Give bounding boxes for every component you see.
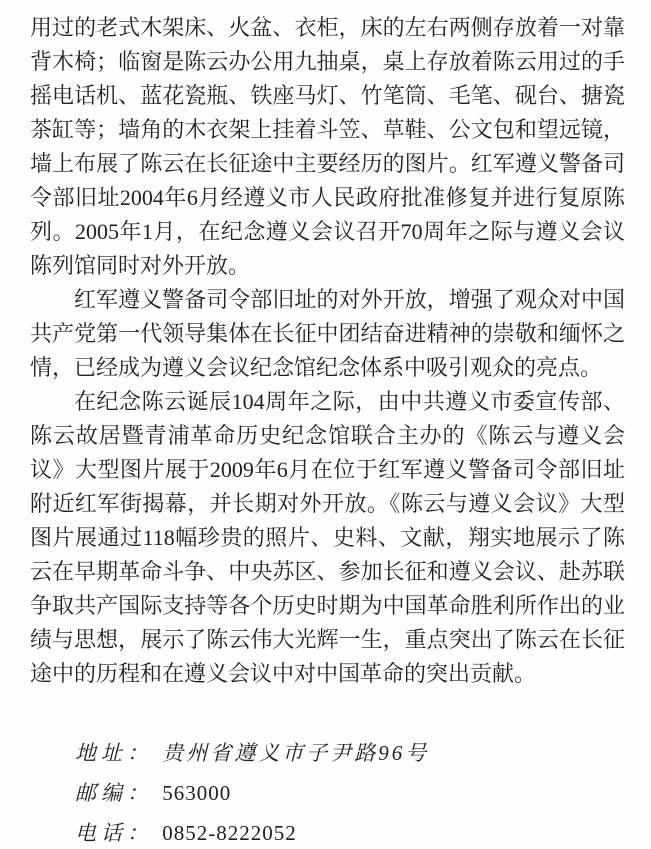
scanned-document-page: 用过的老式木架床、火盆、衣柜，床的左右两侧存放着一对靠 背木椅；临窗是陈云办公用… [0, 0, 651, 849]
text-line: 争取共产国际支持等各个历史时期为中国革命胜利所作出的业 [30, 589, 625, 623]
text-line: 用过的老式木架床、火盆、衣柜，床的左右两侧存放着一对靠 [30, 11, 625, 45]
text-line: 共产党第一代领导集体在长征中团结奋进精神的崇敬和缅怀之 [30, 317, 625, 351]
text-line: 云在早期革命斗争、中央苏区、参加长征和遵义会议、赴苏联 [30, 555, 625, 589]
text-line: 红军遵义警备司令部旧址的对外开放，增强了观众对中国 [30, 283, 625, 317]
phone-value: 0852-8222052 [162, 821, 297, 845]
text-line: 绩与思想，展示了陈云伟大光辉一生，重点突出了陈云在长征 [30, 623, 625, 657]
address-row: 地址： 贵州省遵义市子尹路96号 [75, 733, 625, 773]
text-line: 途中的历程和在遵义会议中对中国革命的突出贡献。 [30, 657, 625, 691]
body-text: 用过的老式木架床、火盆、衣柜，床的左右两侧存放着一对靠 背木椅；临窗是陈云办公用… [30, 11, 625, 691]
contact-block: 地址： 贵州省遵义市子尹路96号 邮编： 563000 电话： 0852-822… [30, 733, 625, 849]
text-line: 陈云故居暨青浦革命历史纪念馆联合主办的《陈云与遵义会 [30, 419, 625, 453]
postcode-label: 邮编： [75, 781, 153, 805]
postcode-row: 邮编： 563000 [75, 773, 625, 813]
text-line: 列。2005年1月，在纪念遵义会议召开70周年之际与遵义会议 [30, 215, 625, 249]
text-line: 墙上布展了陈云在长征途中主要经历的图片。红军遵义警备司 [30, 147, 625, 181]
address-label: 地址： [75, 741, 153, 765]
text-line: 图片展通过118幅珍贵的照片、史料、文献，翔实地展示了陈 [30, 521, 625, 555]
text-line: 令部旧址2004年6月经遵义市人民政府批准修复并进行复原陈 [30, 181, 625, 215]
text-line: 情，已经成为遵义会议纪念馆纪念体系中吸引观众的亮点。 [30, 351, 625, 385]
postcode-value: 563000 [162, 781, 231, 805]
text-line: 议》大型图片展于2009年6月在位于红军遵义警备司令部旧址 [30, 453, 625, 487]
text-line: 陈列馆同时对外开放。 [30, 249, 625, 283]
paragraph-continued: 用过的老式木架床、火盆、衣柜，床的左右两侧存放着一对靠 背木椅；临窗是陈云办公用… [30, 11, 625, 283]
text-line: 背木椅；临窗是陈云办公用九抽桌，桌上存放着陈云用过的手 [30, 45, 625, 79]
text-line: 附近红军街揭幕，并长期对外开放。《陈云与遵义会议》大型 [30, 487, 625, 521]
phone-row: 电话： 0852-8222052 [75, 813, 625, 849]
text-line: 摇电话机、蓝花瓷瓶、铁座马灯、竹笔筒、毛笔、砚台、搪瓷 [30, 79, 625, 113]
address-value: 贵州省遵义市子尹路96号 [162, 741, 429, 765]
phone-label: 电话： [75, 821, 153, 845]
paragraph-opening-impact: 红军遵义警备司令部旧址的对外开放，增强了观众对中国 共产党第一代领导集体在长征中… [30, 283, 625, 385]
text-line: 茶缸等；墙角的木衣架上挂着斗笠、草鞋、公文包和望远镜， [30, 113, 625, 147]
paragraph-exhibition: 在纪念陈云诞辰104周年之际，由中共遵义市委宣传部、 陈云故居暨青浦革命历史纪念… [30, 385, 625, 691]
text-line: 在纪念陈云诞辰104周年之际，由中共遵义市委宣传部、 [30, 385, 625, 419]
